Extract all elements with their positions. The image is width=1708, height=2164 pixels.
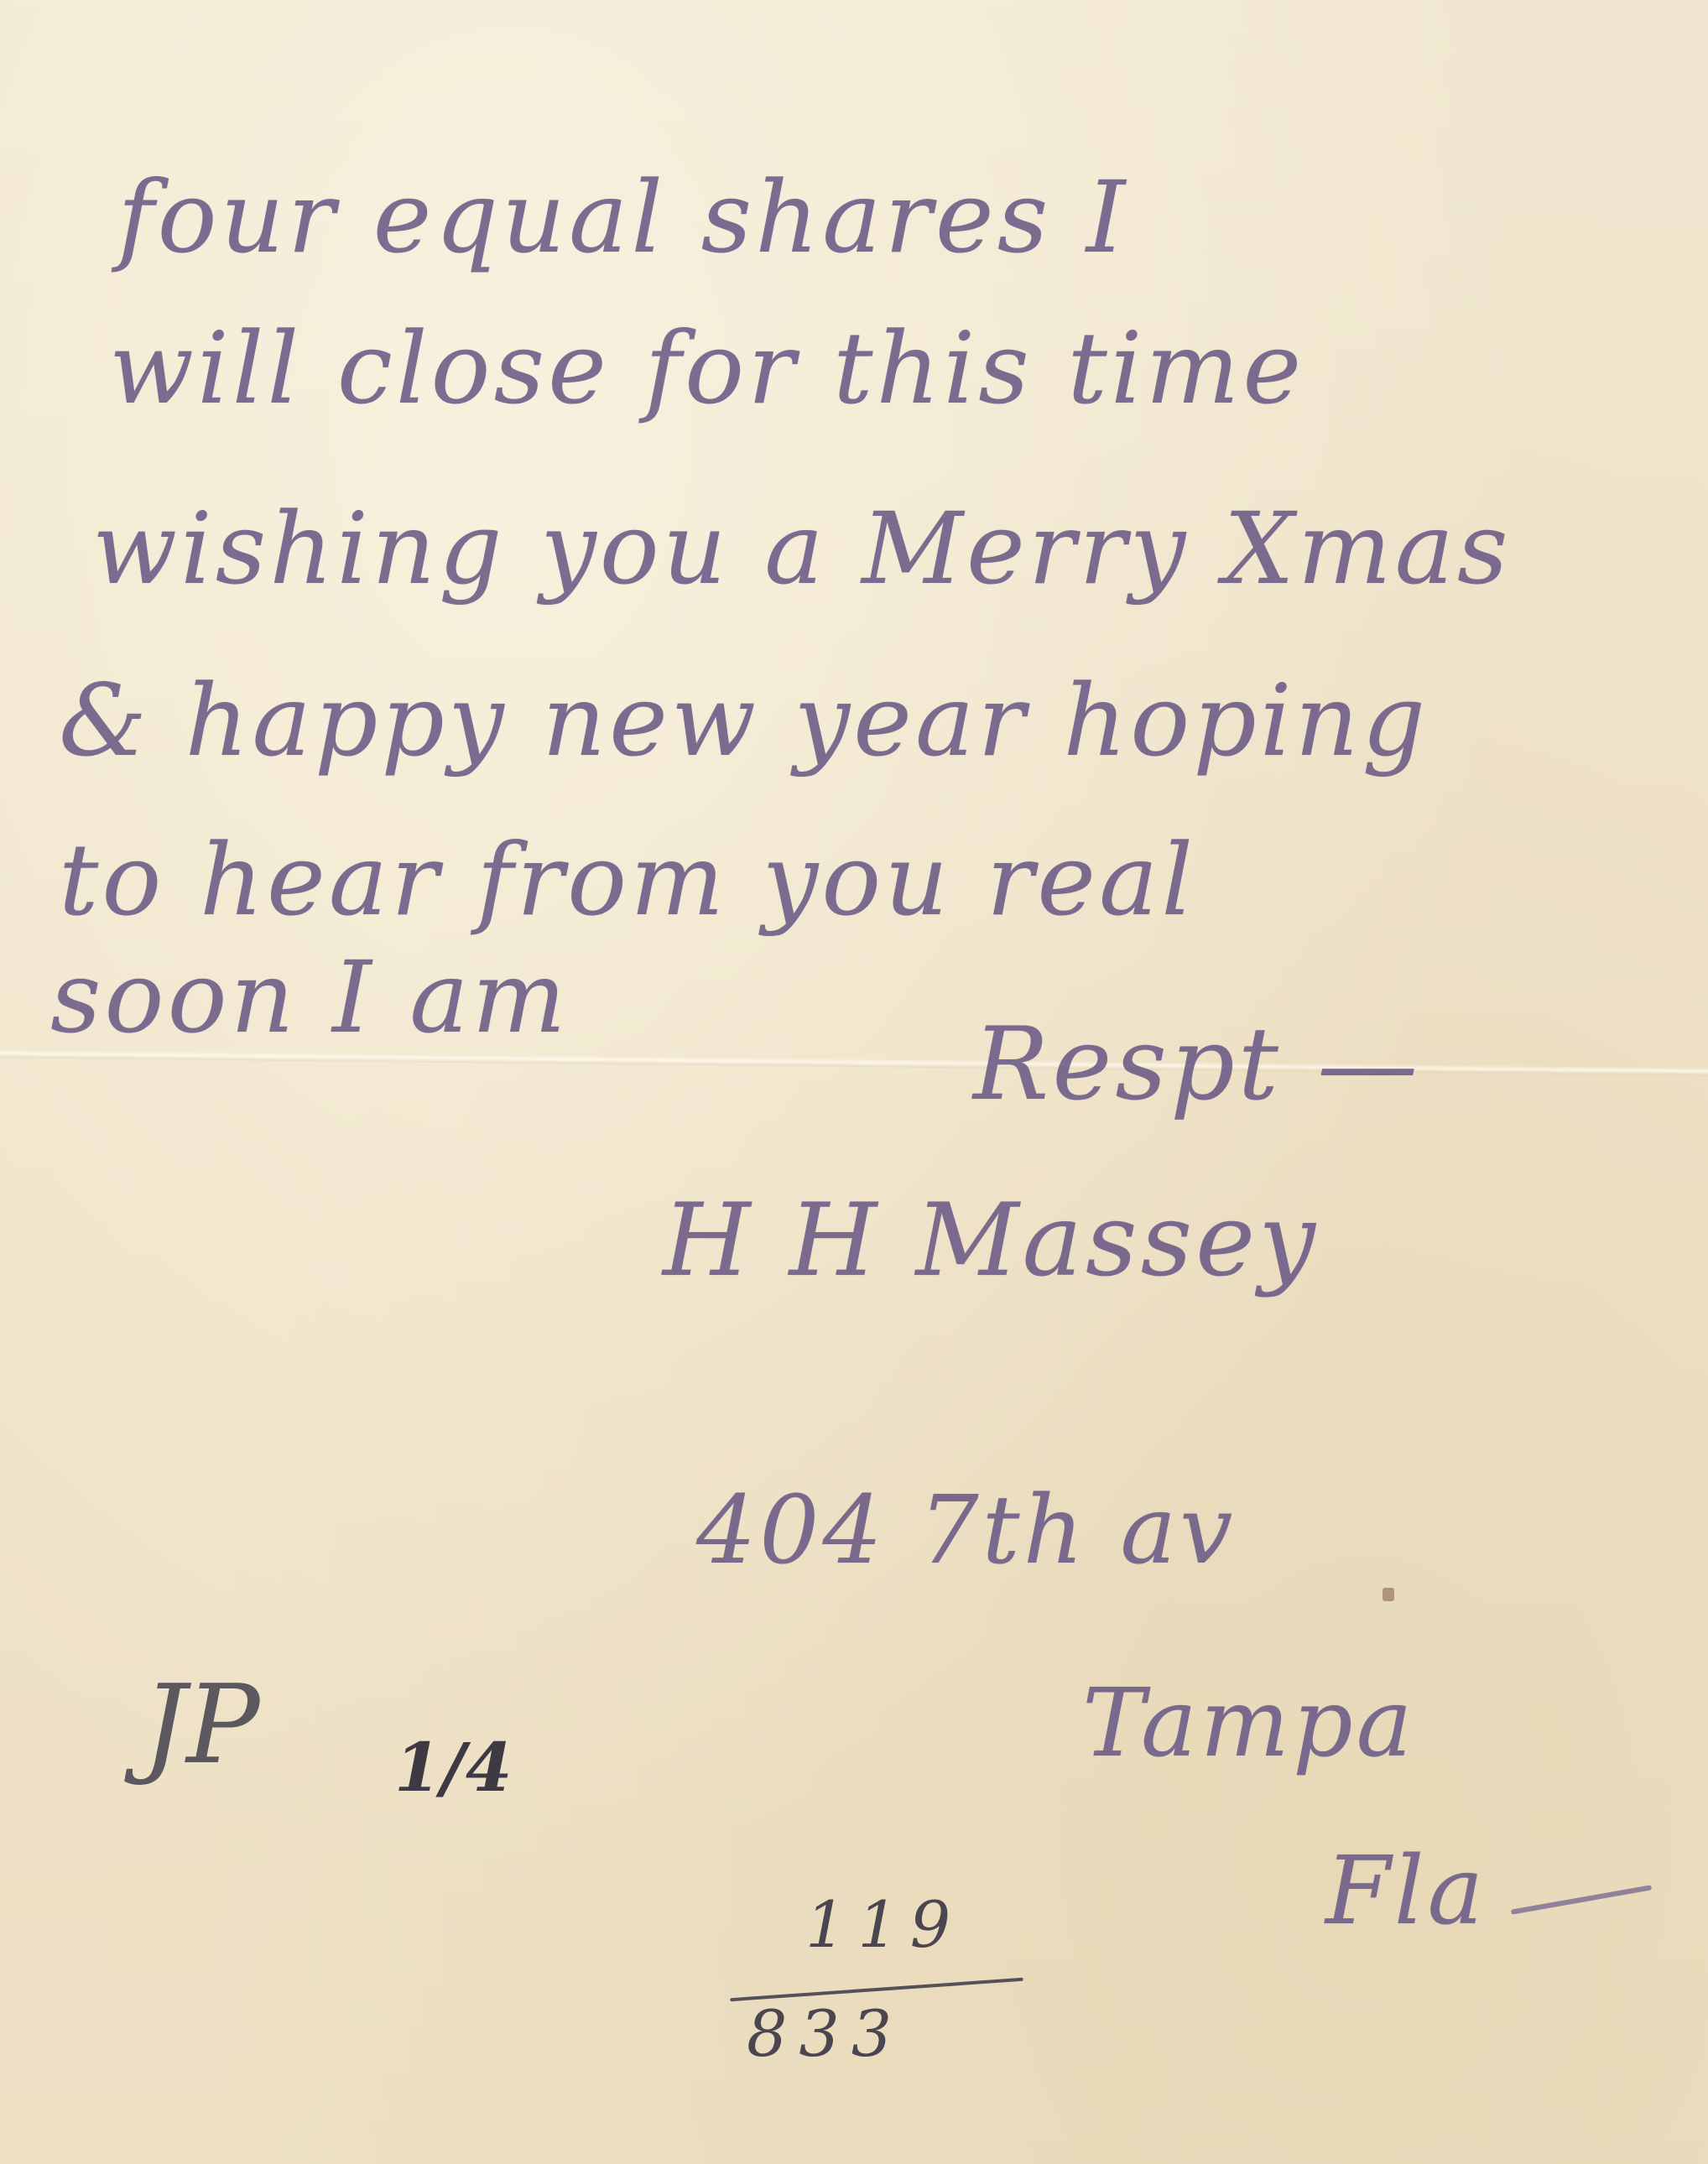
letter-line-5: to hear from you real: [59, 822, 1196, 938]
initials-annotation: JP: [143, 1661, 260, 1788]
state-underline-flourish: [1511, 1885, 1652, 1914]
closing-respectfully: Respt —: [973, 1007, 1421, 1123]
address-street: 404 7th av: [696, 1476, 1236, 1585]
address-city: Tampa: [1082, 1669, 1415, 1778]
letter-line-6: soon I am: [50, 939, 570, 1055]
letter-line-2: will close for this time: [109, 310, 1304, 426]
archival-number-bottom: 833: [747, 1996, 903, 2071]
fraction-annotation: 1/4: [394, 1728, 513, 1807]
letter-page: four equal shares I will close for this …: [0, 0, 1708, 2164]
archival-number-top: 119: [805, 1887, 962, 1962]
address-state: Fla: [1325, 1837, 1487, 1946]
letter-line-4: & happy new year hoping: [59, 663, 1429, 778]
signature: H H Massey: [663, 1183, 1319, 1299]
letter-line-3: wishing you a Merry Xmas: [92, 491, 1512, 606]
letter-line-1: four equal shares I: [117, 159, 1128, 275]
paper-stain: [1383, 1588, 1394, 1601]
